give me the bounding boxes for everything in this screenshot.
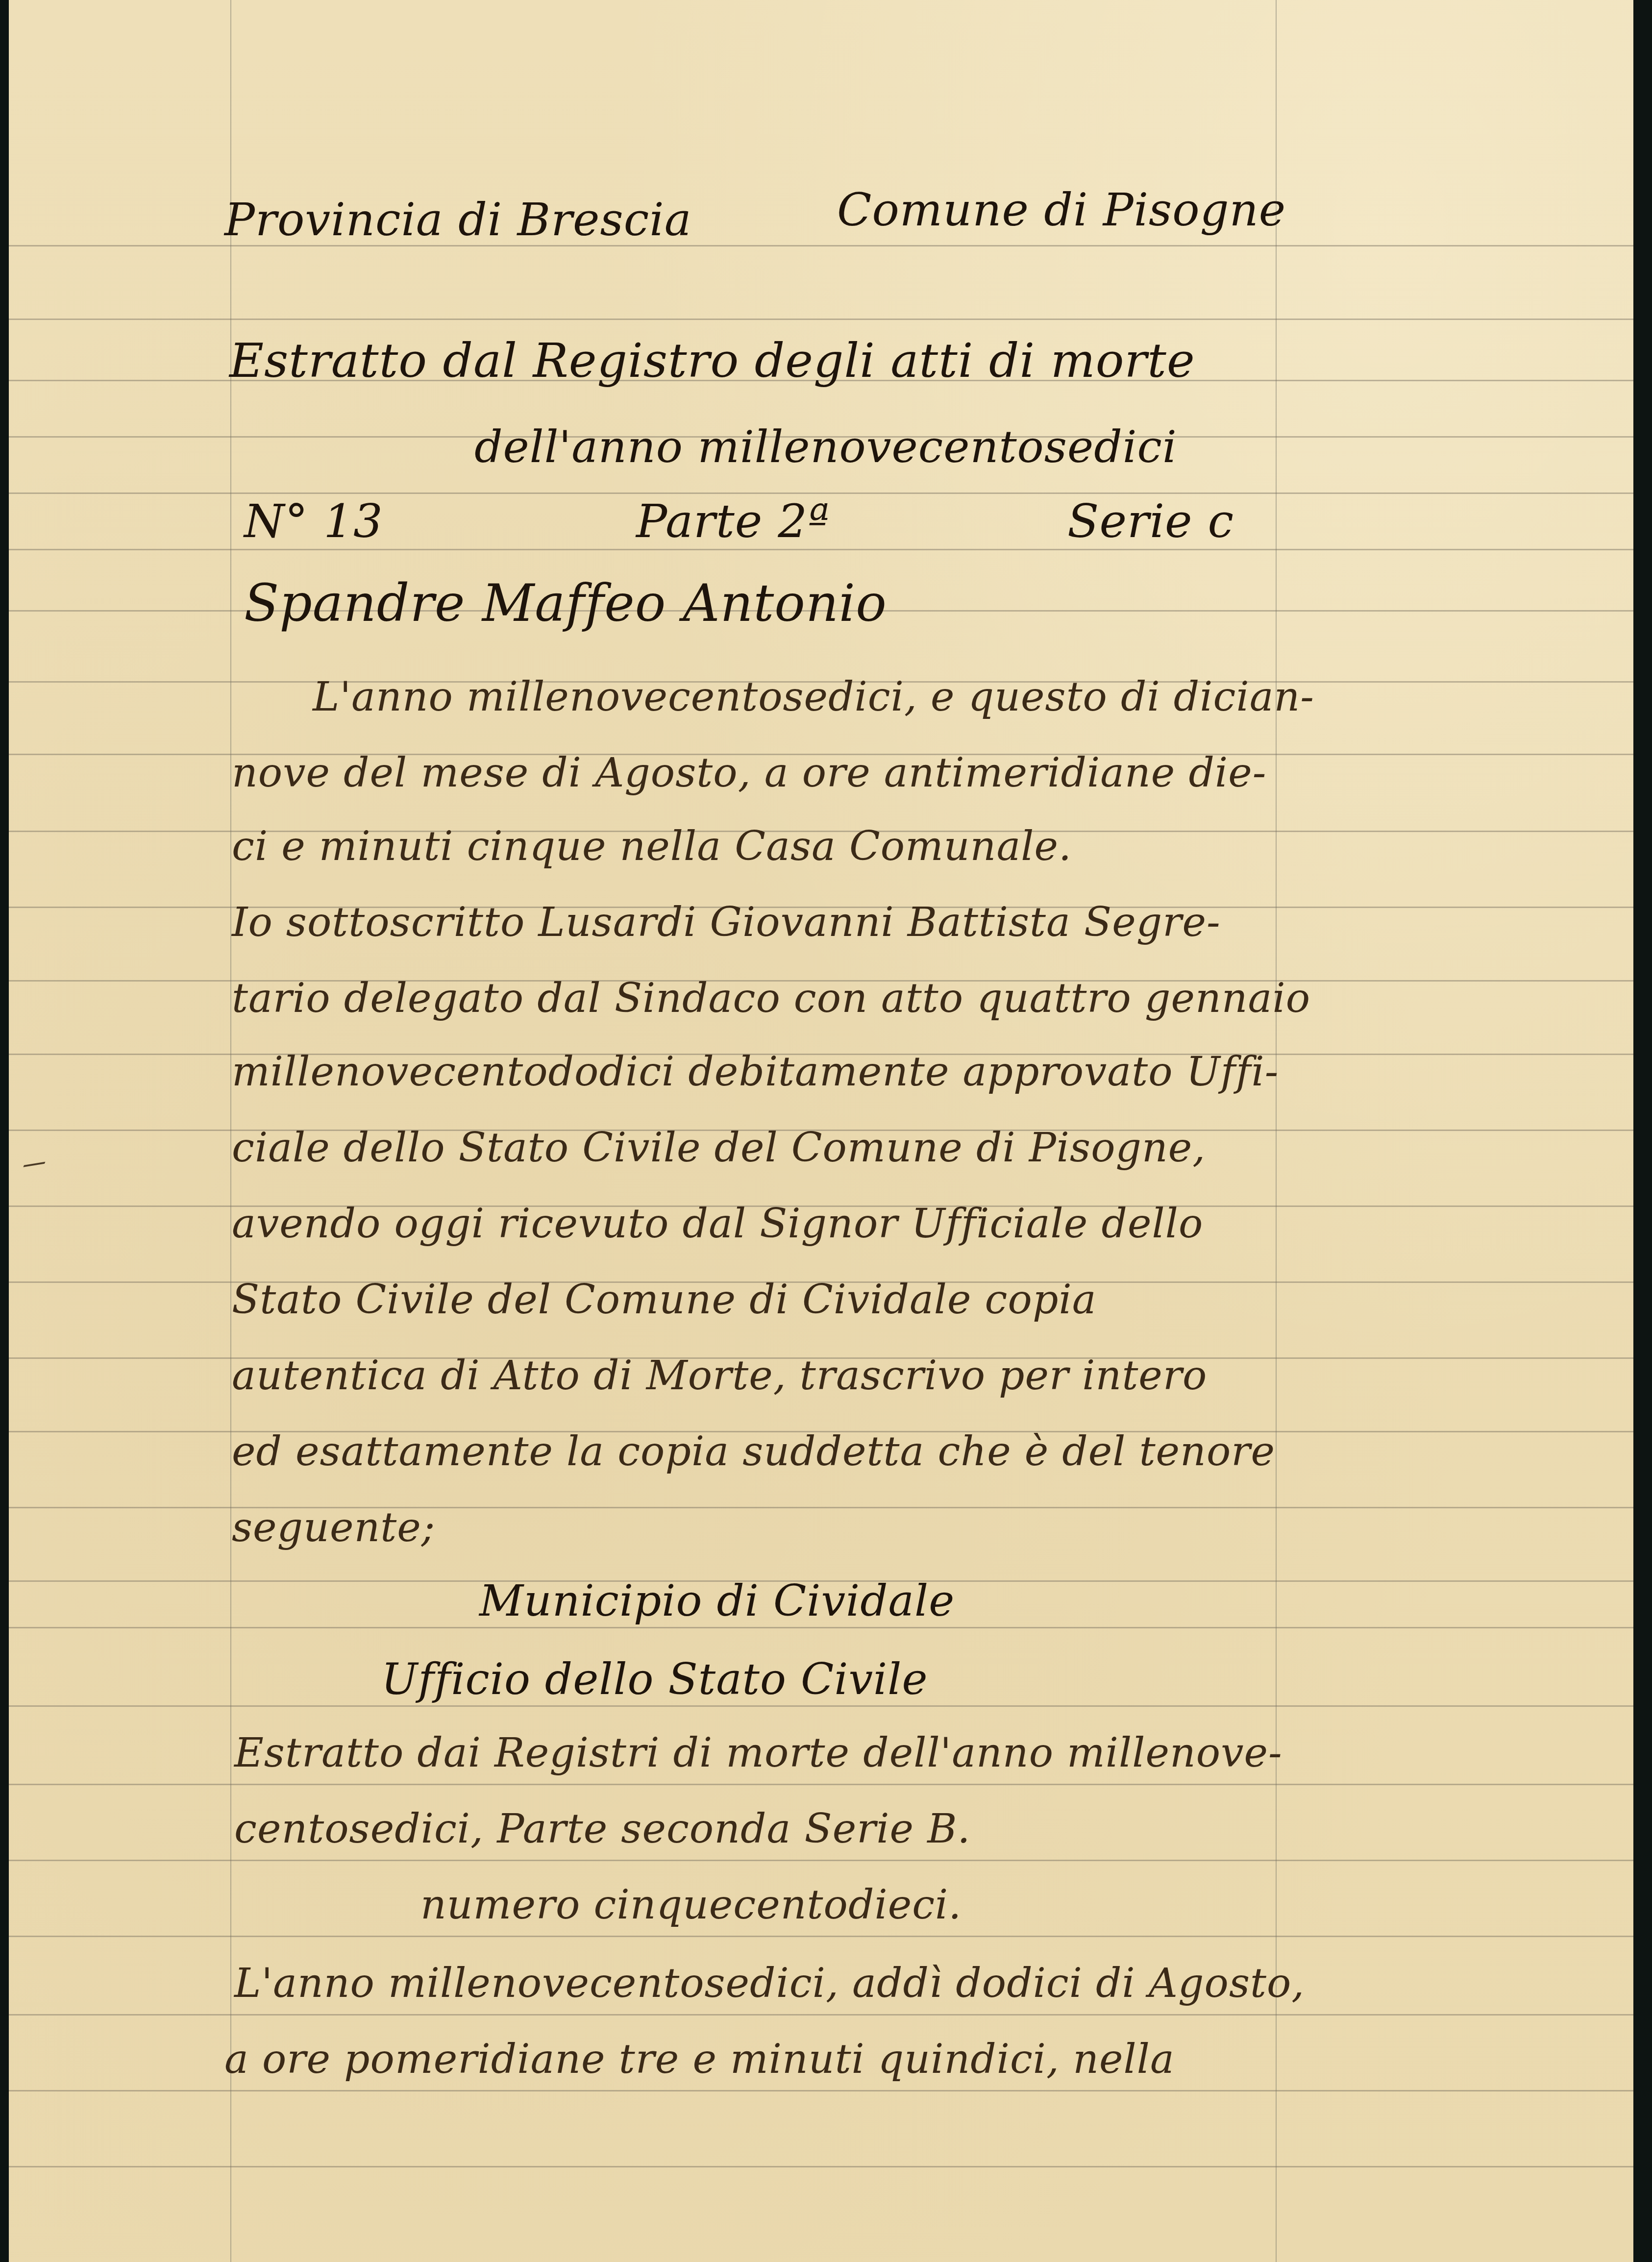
copy-line: a ore pomeridiane tre e minuti quindici,…: [224, 2036, 1175, 2083]
commune-heading: Comune di Pisogne: [837, 184, 1286, 236]
ruled-line: [9, 319, 1633, 320]
municipality-heading: Municipio di Cividale: [479, 1575, 955, 1626]
body-line: L'anno millenovecentosedici, e questo di…: [313, 674, 1314, 720]
body-line: tario delegato dal Sindaco con atto quat…: [232, 975, 1310, 1022]
body-line: Io sottoscritto Lusardi Giovanni Battist…: [232, 899, 1221, 946]
office-heading: Ufficio dello Stato Civile: [381, 1654, 928, 1704]
ruled-line: [9, 2014, 1633, 2016]
record-number: N° 13: [244, 495, 383, 548]
body-line: autentica di Atto di Morte, trascrivo pe…: [232, 1352, 1207, 1399]
copy-line: numero cinquecentodieci.: [420, 1882, 962, 1928]
ruled-line: [9, 1705, 1633, 1707]
ruled-line: [9, 2166, 1633, 2167]
province-heading: Provincia di Brescia: [224, 194, 692, 246]
body-line: ciale dello Stato Civile del Comune di P…: [232, 1125, 1206, 1171]
body-line: nove del mese di Agosto, a ore antimerid…: [232, 750, 1266, 796]
body-line: Stato Civile del Comune di Cividale copi…: [232, 1277, 1097, 1323]
body-line: millenovecentododici debitamente approva…: [232, 1049, 1279, 1095]
document-title-line2: dell'anno millenovecentosedici: [474, 421, 1177, 473]
copy-line: L'anno millenovecentosedici, addì dodici…: [234, 1960, 1305, 2007]
ruled-paper-page: Provincia di Brescia Comune di Pisogne E…: [9, 0, 1633, 2262]
ruled-line: [9, 1860, 1633, 1861]
ruled-line: [9, 492, 1633, 494]
body-line: ci e minuti cinque nella Casa Comunale.: [232, 823, 1072, 870]
copy-line: Estratto dai Registri di morte dell'anno…: [234, 1730, 1282, 1776]
scan-border-left: [0, 0, 9, 2262]
document-title-line1: Estratto dal Registro degli atti di mort…: [229, 333, 1195, 388]
copy-line: centosedici, Parte seconda Serie B.: [234, 1806, 971, 1852]
scan-border-right: [1633, 0, 1652, 2262]
ruled-line: [9, 2090, 1633, 2091]
record-part: Parte 2ª: [636, 495, 830, 548]
deceased-name: Spandre Maffeo Antonio: [244, 573, 887, 633]
body-line: ed esattamente la copia suddetta che è d…: [232, 1428, 1275, 1475]
ruled-line: [9, 1936, 1633, 1937]
record-series: Serie c: [1067, 495, 1234, 548]
right-margin-line: [1276, 0, 1277, 2262]
body-line: seguente;: [232, 1504, 435, 1551]
ruled-line: [9, 1784, 1633, 1785]
margin-tick-mark: [18, 1162, 46, 1181]
ruled-line: [9, 1627, 1633, 1628]
body-line: avendo oggi ricevuto dal Signor Ufficial…: [232, 1201, 1203, 1247]
ruled-line: [9, 549, 1633, 550]
